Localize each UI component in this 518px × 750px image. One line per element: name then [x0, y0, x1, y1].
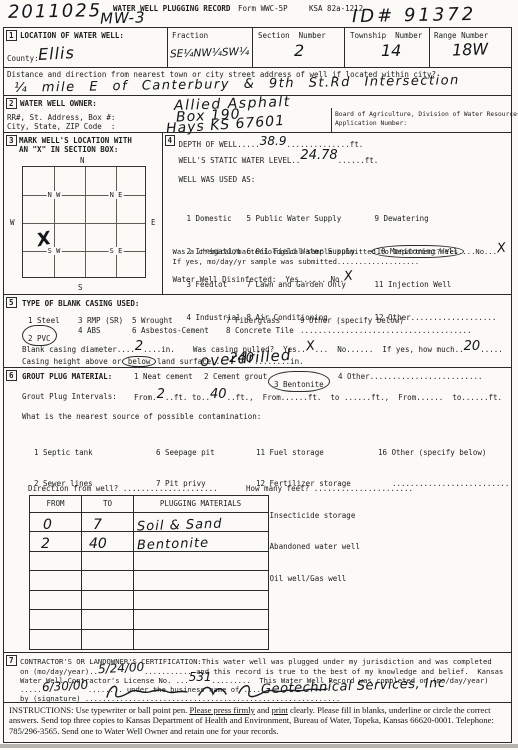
cell-from: 0 — [30, 513, 82, 532]
use-option: 1 Domestic — [187, 213, 241, 224]
sample-question: Was a chemical/bacteriological sample su… — [173, 247, 498, 256]
ne-quadrant-label: N E — [109, 191, 124, 199]
disinfected-label: Water Well Disinfected: Yes...... No. — [173, 275, 345, 284]
static-water-level-line: WELL'S STATIC WATER LEVEL..24.78......ft… — [179, 155, 379, 165]
cell-from — [30, 630, 82, 650]
divider — [252, 28, 253, 67]
sample-date-line: If yes, mo/day/yr sample was submitted..… — [173, 257, 420, 266]
divider — [429, 28, 430, 67]
casing-option-fiberglass: 7 Fiberglass — [226, 316, 280, 325]
cell-to: 40 — [82, 532, 134, 551]
interval-to-handwritten: 40 — [210, 390, 227, 399]
divider — [331, 108, 332, 133]
depth-value-handwritten: 38.9 — [260, 137, 287, 146]
casing-option-pvc-circled: 2 PVC — [26, 326, 53, 345]
use-option: 9 Dewatering — [375, 213, 497, 224]
completed-date-handwritten: 5/24/00 — [98, 662, 145, 673]
contamination-option: 13 Insecticide storage — [256, 511, 360, 522]
cell-to — [82, 552, 134, 571]
cell-material — [134, 610, 267, 629]
grout-option-bentonite-circled: 3 Bentonite — [272, 372, 326, 391]
disinfected-line: Water Well Disinfected: Yes...... No.X — [173, 274, 354, 284]
table-row: 0 7 Soil & Sand — [30, 513, 268, 533]
cell-material — [134, 630, 267, 650]
swl-label: WELL'S STATIC WATER LEVEL.. — [179, 156, 301, 165]
section-number-box: 7 — [6, 655, 17, 666]
section-number-box: 4 — [165, 135, 176, 146]
from-value-handwritten: 0 — [43, 517, 52, 533]
county-value-handwritten: Ellis — [38, 43, 76, 64]
grid-line — [85, 167, 86, 277]
fraction-label: Fraction — [172, 31, 208, 40]
pulled-yes-x-mark: X — [305, 341, 315, 351]
swl-dots: ......ft. — [338, 156, 379, 165]
sample-question-line: Was a chemical/bacteriological sample su… — [173, 246, 506, 256]
application-number-label: Application Number: — [335, 120, 407, 128]
well-location-x-mark: X — [35, 227, 53, 250]
contamination-option: 1 Septic tank — [34, 448, 142, 459]
section-certification: 7 CONTRACTOR'S OR LANDOWNER'S CERTIFICAT… — [3, 652, 512, 704]
form-number: Form WWC-5P — [238, 4, 288, 13]
diameter-value-handwritten: 2 — [135, 342, 143, 351]
depth-label: DEPTH OF WELL..... — [179, 140, 260, 149]
casing-option-concrete: 8 Concrete Tile — [226, 326, 294, 335]
signature-scribble — [99, 679, 334, 704]
hand-drawn-circle: 3 Bentonite — [268, 371, 330, 392]
section-depth-use: 4 DEPTH OF WELL.....38.9..............ft… — [162, 132, 513, 296]
instructions-underlined: print — [272, 705, 288, 715]
direction-from-well-label: Direction from well? ...................… — [28, 484, 218, 493]
nw-quadrant-label: N W — [47, 191, 62, 199]
to-value-handwritten: 40 — [89, 536, 107, 552]
casing-option-steel: 1 Steel — [28, 316, 60, 325]
intervals-line: From.2..ft. to..40..ft., From......ft. t… — [134, 392, 502, 402]
col-header-materials: PLUGGING MATERIALS — [134, 496, 267, 512]
cell-material — [134, 571, 267, 590]
section-grout: 6 GROUT PLUG MATERIAL: 1 Neat cement 2 C… — [3, 367, 512, 654]
cell-from — [30, 571, 82, 590]
dots: ..... — [480, 345, 503, 354]
section-title: WATER WELL OWNER: — [20, 99, 97, 108]
divider — [167, 28, 168, 67]
sample-no-x-mark: X — [497, 243, 507, 253]
table-row — [30, 552, 268, 572]
map-title-line2: AN "X" IN SECTION BOX: — [19, 145, 118, 154]
section-number-value-handwritten: 2 — [294, 41, 304, 60]
grout-option-cement-grout: 2 Cement grout — [204, 372, 267, 381]
pulled-amount-handwritten: 20 — [464, 342, 481, 351]
section-casing: 5 TYPE OF BLANK CASING USED: 1 Steel 3 R… — [3, 294, 512, 369]
table-row — [30, 591, 268, 611]
from-label: From. — [134, 393, 157, 402]
height-label: Casing height above or — [22, 357, 126, 366]
instructions-text: INSTRUCTIONS: Use typewriter or ball poi… — [9, 705, 189, 715]
instructions-box: INSTRUCTIONS: Use typewriter or ball poi… — [3, 702, 512, 743]
fraction-value-handwritten: SE¼NW¼SW¼ — [170, 46, 249, 61]
interval-from-handwritten: 2 — [157, 390, 165, 399]
cell-from — [30, 591, 82, 610]
casing-option-wrought: 5 Wrought — [132, 316, 173, 325]
cell-from: 2 — [30, 532, 82, 551]
used-as-label: WELL WAS USED AS: — [179, 175, 256, 184]
divider — [344, 28, 345, 67]
cell-from — [30, 552, 82, 571]
casing-option-abs: 4 ABS — [78, 326, 101, 335]
intervals-label: Grout Plug Intervals: — [22, 392, 117, 401]
section-owner: 2 WATER WELL OWNER: Allied Asphalt RR#, … — [3, 95, 512, 134]
contamination-col3: 11 Fuel storage 12 Fertilizer storage 13… — [256, 427, 360, 606]
scan-artifact-bar — [0, 744, 518, 748]
south-label: S — [78, 283, 83, 292]
to-label: ..ft. to.. — [165, 393, 210, 402]
north-label: N — [80, 156, 85, 165]
table-row — [30, 630, 268, 650]
section-number-box: 6 — [6, 370, 17, 381]
file-number-handwritten: 2011025 — [8, 0, 103, 23]
se-quadrant-label: S E — [109, 247, 124, 255]
east-label: E — [151, 218, 156, 227]
contamination-option: 6 Seepage pit — [156, 448, 233, 459]
cell-material: Bentonite — [134, 532, 267, 551]
contamination-option: 16 Other (specify below) — [378, 448, 509, 459]
dots: ..ft., From......ft. to ......ft., From.… — [227, 393, 502, 402]
instructions-text: and — [255, 705, 272, 715]
address-label: RR#, St. Address, Box #: — [7, 113, 115, 122]
grid-line — [54, 167, 55, 277]
township-value-handwritten: 14 — [381, 41, 401, 60]
to-value-handwritten: 7 — [93, 517, 102, 533]
grid-line — [116, 167, 117, 277]
from-value-handwritten: 2 — [41, 536, 50, 552]
contamination-col4: 16 Other (specify below) ...............… — [378, 427, 509, 511]
col-header-from: FROM — [30, 496, 82, 512]
contamination-label: What is the nearest source of possible c… — [22, 412, 261, 421]
cert-text: ..... — [20, 685, 42, 694]
grout-option-bentonite: 3 Bentonite — [274, 380, 324, 389]
cell-to — [82, 591, 134, 610]
agency-label: Board of Agriculture, Division of Water … — [335, 111, 518, 119]
city-label: City, State, ZIP Code : — [7, 122, 115, 131]
how-much-label: ... No...... If yes, how much.. — [315, 345, 464, 354]
how-many-feet-label: How many feet? ...................... — [246, 484, 413, 493]
record-date-handwritten: 6/30/00 — [41, 680, 88, 691]
depth-of-well-line: DEPTH OF WELL.....38.9..............ft. — [179, 139, 364, 149]
county-label: County: — [7, 54, 39, 63]
section-number-box: 1 — [6, 30, 17, 41]
form-title: WATER WELL PLUGGING RECORD — [113, 4, 230, 13]
casing-option-pvc: 2 PVC — [28, 334, 51, 343]
contamination-option: 14 Abandoned water well — [256, 542, 360, 553]
col-header-to: TO — [82, 496, 134, 512]
instructions-underlined: Please press firmly — [189, 705, 254, 715]
section-number-box: 2 — [6, 98, 17, 109]
id-number-handwritten: ID# 91372 — [352, 4, 477, 27]
certification-line1: CONTRACTOR'S OR LANDOWNER'S CERTIFICATIO… — [20, 657, 492, 666]
casing-other-dots: ...................................... — [300, 326, 472, 335]
section-location: 1 LOCATION OF WATER WELL: County: Ellis … — [3, 27, 512, 68]
distance-row: Distance and direction from nearest town… — [3, 67, 512, 97]
use-option: 11 Injection Well — [375, 279, 497, 290]
cell-from — [30, 610, 82, 629]
map-title-line1: MARK WELL'S LOCATION WITH — [19, 136, 132, 145]
casing-option-other: 9 Other (specify below) — [300, 316, 404, 325]
grid-line — [23, 195, 145, 196]
section-number-box: 3 — [6, 135, 17, 146]
table-header-row: FROM TO PLUGGING MATERIALS — [30, 496, 268, 513]
swl-value-handwritten: 24.78 — [300, 151, 337, 160]
contamination-option: 11 Fuel storage — [256, 448, 360, 459]
cell-material: Soil & Sand — [134, 513, 267, 532]
below-word: below — [128, 357, 151, 366]
diameter-label: Blank casing diameter.... — [22, 345, 135, 354]
table-row: 2 40 Bentonite — [30, 532, 268, 552]
cell-to: 7 — [82, 513, 134, 532]
section-title: TYPE OF BLANK CASING USED: — [22, 299, 139, 308]
hand-drawn-circle: 2 PVC — [22, 325, 57, 346]
table-row — [30, 610, 268, 630]
plugging-materials-table: FROM TO PLUGGING MATERIALS 0 7 Soil & Sa… — [29, 495, 269, 651]
grout-option-neat-cement: 1 Neat cement — [134, 372, 193, 381]
cell-to — [82, 610, 134, 629]
section-grid: N W N E S W S E X — [22, 166, 146, 278]
table-row — [30, 571, 268, 591]
west-label: W — [10, 218, 15, 227]
section-title: LOCATION OF WATER WELL: — [20, 31, 124, 40]
section-map: 3 MARK WELL'S LOCATION WITH AN "X" IN SE… — [3, 132, 163, 296]
cell-to — [82, 571, 134, 590]
cell-material — [134, 591, 267, 610]
section-number-box: 5 — [6, 297, 17, 308]
grid-line — [23, 223, 145, 224]
disinfected-no-x-mark: X — [344, 271, 354, 281]
use-option: 5 Public Water Supply — [247, 213, 355, 224]
cell-material — [134, 552, 267, 571]
section-title: GROUT PLUG MATERIAL: — [22, 372, 112, 381]
grout-option-other: 4 Other......................... — [338, 372, 483, 381]
contamination-option: 15 Oil well/Gas well — [256, 574, 360, 585]
water-well-plugging-record-scan: 2011025 MW-3 WATER WELL PLUGGING RECORD … — [0, 0, 518, 750]
casing-option-asbestos: 6 Asbestos-Cement — [132, 326, 209, 335]
range-value-handwritten: 18W — [452, 39, 489, 59]
casing-option-rmp: 3 RMP (SR) — [78, 316, 123, 325]
cell-to — [82, 630, 134, 650]
section-number-label: Section Number — [258, 31, 326, 40]
township-label: Township Number — [350, 31, 422, 40]
